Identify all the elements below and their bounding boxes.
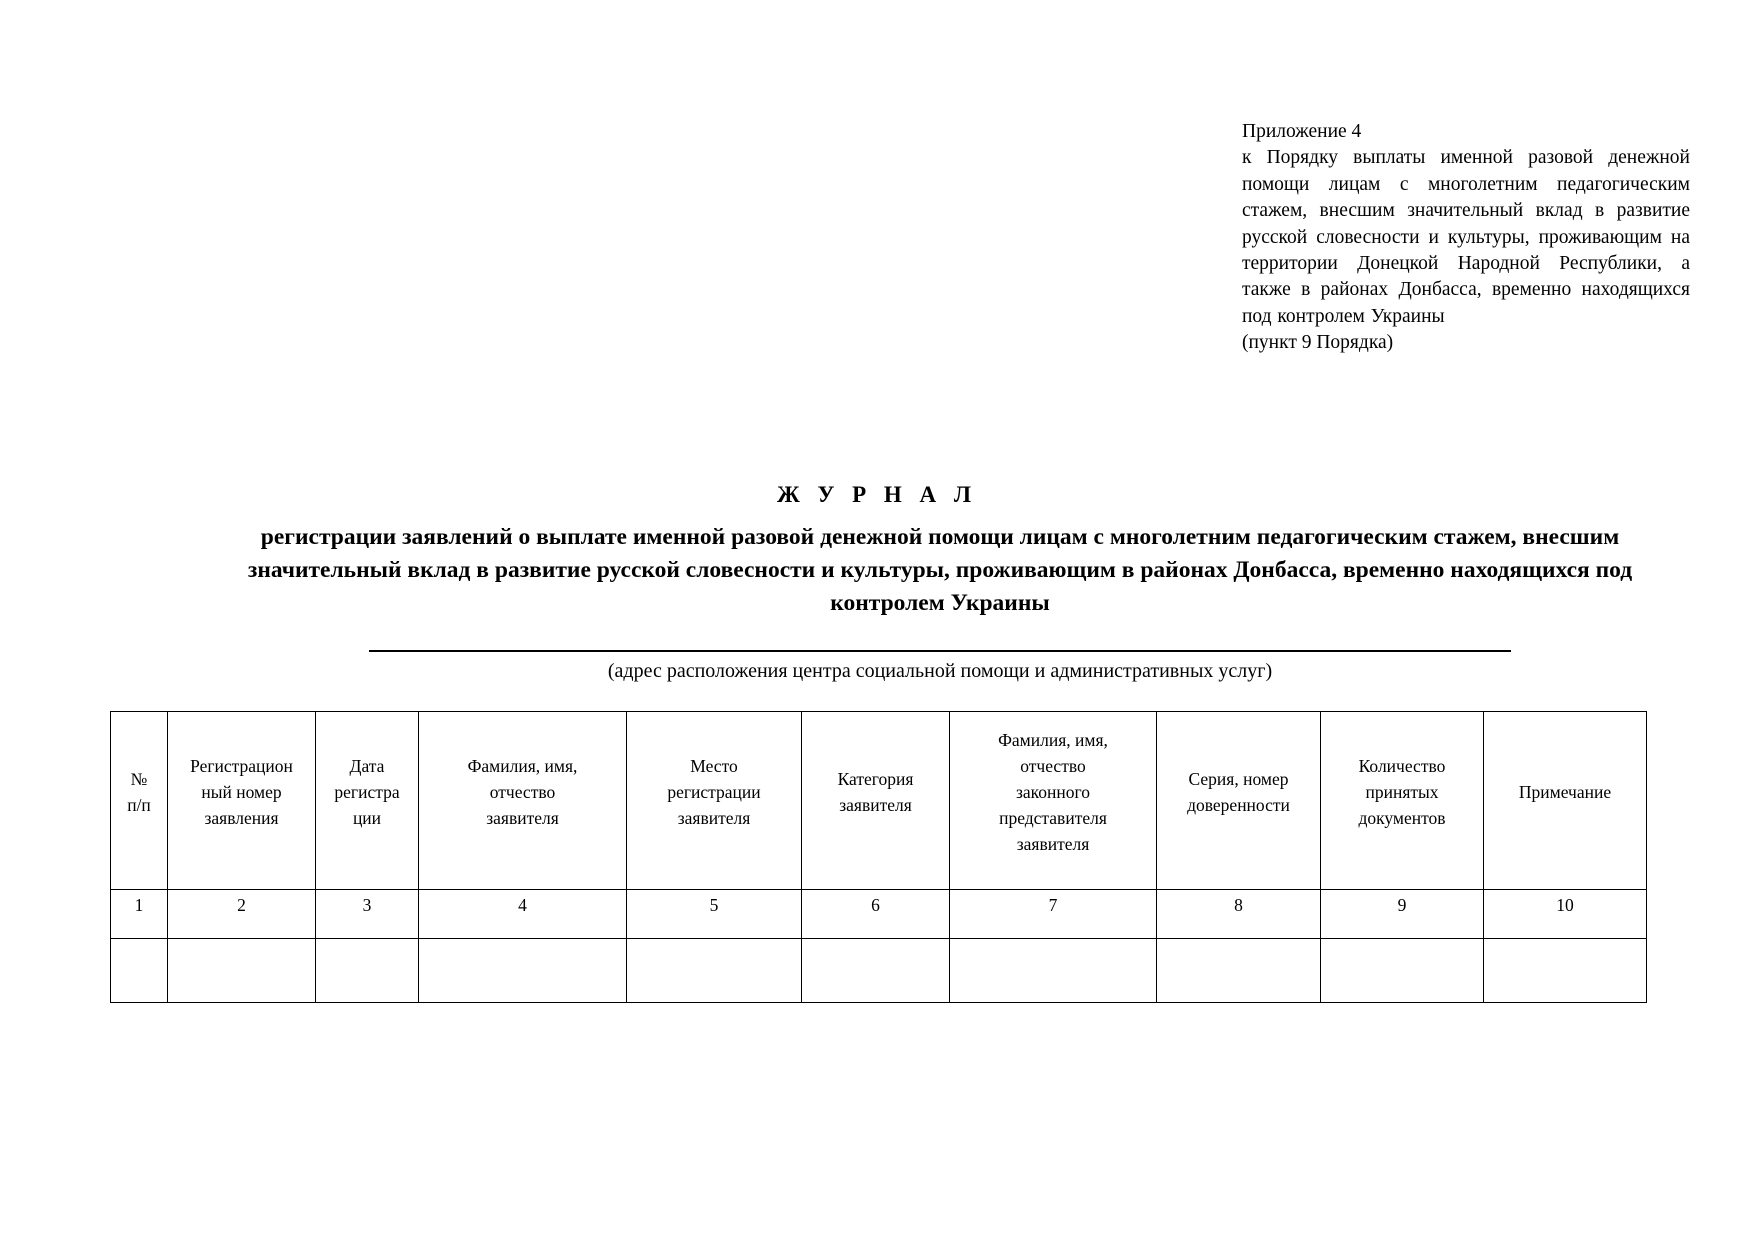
column-number: 1 — [111, 890, 168, 939]
column-header: Датарегистрации — [316, 712, 419, 890]
column-header-line: отчество — [1020, 756, 1085, 776]
column-header-line: документов — [1358, 808, 1445, 828]
table-cell[interactable] — [419, 939, 627, 1003]
column-header-line: Примечание — [1519, 782, 1611, 802]
column-header-line: п/п — [127, 795, 151, 815]
table-cell[interactable] — [168, 939, 316, 1003]
appendix-note: Приложение 4 к Порядку выплаты именной р… — [1242, 119, 1690, 357]
table-cell[interactable] — [1321, 939, 1484, 1003]
column-number: 7 — [950, 890, 1157, 939]
column-number: 4 — [419, 890, 627, 939]
column-header-line: Фамилия, имя, — [468, 756, 578, 776]
appendix-reference: (пункт 9 Порядка) — [1242, 330, 1690, 356]
document-title: Ж У Р Н А Л — [0, 482, 1754, 508]
table-cell[interactable] — [111, 939, 168, 1003]
column-number: 2 — [168, 890, 316, 939]
table-cell[interactable] — [316, 939, 419, 1003]
column-header: Количествопринятыхдокументов — [1321, 712, 1484, 890]
column-header-line: представителя — [999, 808, 1107, 828]
appendix-body: к Порядку выплаты именной разовой денежн… — [1242, 145, 1690, 330]
address-fill-line[interactable] — [369, 650, 1511, 652]
column-header: Серия, номердоверенности — [1157, 712, 1321, 890]
table-cell[interactable] — [1484, 939, 1647, 1003]
column-header: Фамилия, имя,отчествозаявителя — [419, 712, 627, 890]
column-header: Фамилия, имя,отчествозаконногопредставит… — [950, 712, 1157, 890]
column-header-line: заявителя — [1017, 834, 1090, 854]
column-number: 5 — [627, 890, 802, 939]
table-row — [111, 939, 1647, 1003]
column-number-row: 12345678910 — [111, 890, 1647, 939]
column-header: Примечание — [1484, 712, 1647, 890]
column-header-line: заявителя — [486, 808, 559, 828]
column-header-line: принятых — [1365, 782, 1438, 802]
table-cell[interactable] — [1157, 939, 1321, 1003]
column-header: Регистрационный номерзаявления — [168, 712, 316, 890]
column-number: 3 — [316, 890, 419, 939]
column-number: 6 — [802, 890, 950, 939]
column-number: 9 — [1321, 890, 1484, 939]
column-header: №п/п — [111, 712, 168, 890]
address-caption: (адрес расположения центра социальной по… — [0, 660, 1754, 683]
column-header-line: законного — [1016, 782, 1090, 802]
table-cell[interactable] — [802, 939, 950, 1003]
table-cell[interactable] — [950, 939, 1157, 1003]
column-header-line: Категория — [838, 769, 914, 789]
appendix-title: Приложение 4 — [1242, 119, 1690, 145]
column-header-line: Фамилия, имя, — [998, 730, 1108, 750]
column-header: Категориязаявителя — [802, 712, 950, 890]
journal-table: №п/пРегистрационный номерзаявленияДатаре… — [110, 711, 1647, 1003]
column-header-line: отчество — [490, 782, 555, 802]
column-header-line: № — [131, 769, 148, 789]
column-number: 10 — [1484, 890, 1647, 939]
column-header-line: регистрации — [667, 782, 760, 802]
column-header-line: Дата — [350, 756, 385, 776]
column-header: Месторегистрациизаявителя — [627, 712, 802, 890]
column-number: 8 — [1157, 890, 1321, 939]
column-header-line: ный номер — [201, 782, 281, 802]
column-header-line: Количество — [1359, 756, 1446, 776]
column-header-line: доверенности — [1187, 795, 1290, 815]
column-header-line: Регистрацион — [190, 756, 293, 776]
table-cell[interactable] — [627, 939, 802, 1003]
column-header-line: ции — [353, 808, 381, 828]
column-header-line: Место — [690, 756, 737, 776]
column-header-line: заявителя — [839, 795, 912, 815]
column-header-line: Серия, номер — [1189, 769, 1289, 789]
column-header-line: регистра — [334, 782, 399, 802]
column-header-line: заявления — [204, 808, 278, 828]
column-header-line: заявителя — [678, 808, 751, 828]
table-header-row: №п/пРегистрационный номерзаявленияДатаре… — [111, 712, 1647, 890]
document-subtitle: регистрации заявлений о выплате именной … — [200, 521, 1680, 620]
